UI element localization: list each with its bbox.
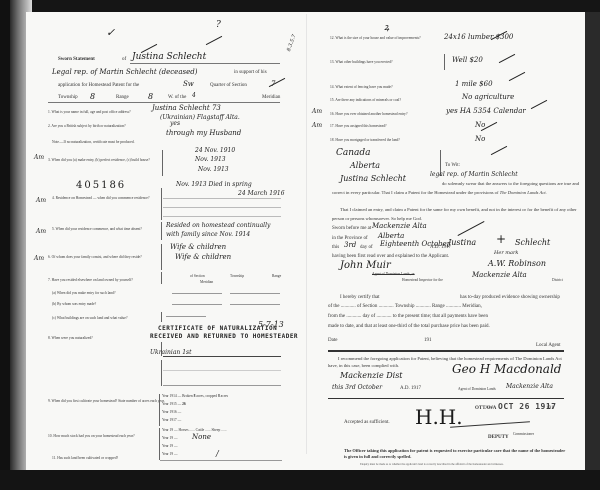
province-value: Alberta <box>350 161 380 170</box>
this-label: this <box>332 245 339 250</box>
certify-line-4: made to date, and that at least one-thir… <box>328 324 490 329</box>
meridian-label: Meridian <box>262 95 280 100</box>
ottawa-year-suffix: 191 <box>546 406 554 411</box>
jurat-benefit-text: That I claimed an entry, and claim a Pat… <box>332 206 587 223</box>
question-4-bracket <box>161 188 162 220</box>
stock-row: Year 19 — <box>162 452 178 457</box>
question-2-answer-detail: through my Husband <box>166 129 241 137</box>
quarter-of-section-label: Quarter of Section <box>210 83 247 88</box>
answer-line <box>163 385 281 386</box>
day-value: 3rd <box>344 241 356 249</box>
inspector-label: Homestead Inspector for the <box>402 278 443 283</box>
her-mark-label: Her mark <box>494 250 518 256</box>
question-4-answer-date: 24 March 1916 <box>238 190 285 197</box>
question-7c-bracket <box>161 312 162 322</box>
margin-mark: Am <box>36 228 46 235</box>
header-rule <box>48 102 280 103</box>
certify-line-2: of the ............ of Section .........… <box>328 304 482 309</box>
question-2-answer: yes <box>170 120 180 127</box>
top-annotation: ꝝ <box>384 20 389 33</box>
margin-mark: Am <box>312 122 322 129</box>
question-5-answer: Resided on homestead continually <box>166 222 270 229</box>
q7-field-township: Township <box>230 274 244 279</box>
certify-date-label: Date <box>328 338 337 343</box>
question-17-label: 17. Have you assigned this homestead? <box>330 124 387 129</box>
question-7-bracket <box>161 272 162 284</box>
accepted-label: Accepted as sufficient. <box>344 420 390 425</box>
day-of-label: day of <box>360 245 373 250</box>
crop-row: Year 1915 — 26 <box>162 402 186 407</box>
answer-line <box>163 370 281 371</box>
question-8-answer: Ukrainian 1st <box>150 349 192 356</box>
question-9-label: 9. When did you first cultivate your hom… <box>48 399 165 404</box>
answer-line <box>166 316 206 317</box>
read-over-text: having been first read over and explaine… <box>332 254 449 259</box>
agent-signature: Geo H Macdonald <box>452 362 561 376</box>
footer-note: The Officer taking this application for … <box>344 448 566 460</box>
district-value: Mackenzie Alta <box>472 271 527 279</box>
question-6-label: 6. Of whom does your family consist, and… <box>48 255 142 260</box>
stock-row: Year 19 — <box>162 436 178 441</box>
certify-line-1: I hereby certify that <box>340 295 380 300</box>
witness-signature: A.W. Robinson <box>488 259 546 268</box>
township-value: 8 <box>90 92 95 101</box>
answer-line <box>163 198 281 199</box>
question-3-answer-b: Nov. 1913 <box>195 156 226 163</box>
question-9-bracket <box>159 394 160 426</box>
stock-value: None <box>192 433 211 441</box>
question-3-label: 3. When did you (a) make entry, (b) perf… <box>48 158 150 163</box>
question-3-answer-a: 24 Nov. 1910 <box>195 147 235 154</box>
question-15-answer: No agriculture <box>462 93 514 101</box>
certify-line-3: from the ............ day of ...........… <box>328 314 488 319</box>
question-16-answer: yes HA 5354 Calendar <box>446 107 526 115</box>
question-4-label: 4. Residence on Homestead — when did you… <box>52 196 149 201</box>
question-10-label: 10. How much stock had you on your homes… <box>48 434 135 439</box>
question-6-answer: Wife & children <box>170 243 226 251</box>
margin-mark: Am <box>34 255 44 262</box>
crop-row: Year 1917 — <box>162 418 181 423</box>
question-mark-annotation: ? <box>216 20 221 30</box>
question-6-answer-detail: Wife & children <box>175 253 231 261</box>
range-value: 8 <box>148 92 153 101</box>
agent-title: Agent of Dominion Lands <box>458 387 496 392</box>
meridian-value: 4 <box>192 92 196 99</box>
question-3-answer-c: Nov. 1913 <box>198 166 229 173</box>
deputy-label: DEPUTY <box>488 435 509 440</box>
name-underline <box>130 63 280 64</box>
question-4-answer: Nov. 1913 Died in spring <box>176 181 252 188</box>
jurat-oath-text: do solemnly swear that the answers to th… <box>332 180 587 197</box>
crop-row: Year 1916 — <box>162 410 181 415</box>
deputy-title: Commissioner <box>513 432 534 437</box>
signature-first-name: Justina <box>448 238 476 247</box>
question-15-label: 15. Are there any indications of mineral… <box>330 98 401 103</box>
q7-field-range: Range <box>272 274 281 279</box>
ottawa-label: OTTAWA <box>475 406 496 411</box>
file-number: 405186 <box>76 180 126 191</box>
margin-mark: Am <box>312 108 322 115</box>
question-13-label: 13. What other buildings have you erecte… <box>330 60 393 65</box>
question-5-bracket <box>161 222 162 240</box>
stock-row: Year 19 — <box>162 444 178 449</box>
question-13-bracket <box>444 54 445 70</box>
legal-rep-line: Legal rep. of Martin Schlecht (deceased) <box>52 68 197 76</box>
answer-line <box>172 293 222 294</box>
crop-row: Year 1914 — Broken 8 acres, cropped 8 ac… <box>162 394 228 399</box>
question-13-answer: Well $20 <box>452 56 483 64</box>
of-label: of <box>122 57 126 62</box>
agent-place: Mackenzie Alta <box>506 383 553 390</box>
recommend-place: Mackenzie Dist <box>340 371 403 380</box>
question-7-label: 7. Have you resided elsewhere on land ow… <box>48 278 133 283</box>
section-rule <box>328 350 564 352</box>
question-7c-label: (c) What buildings are on such land and … <box>52 316 128 321</box>
sworn-before-label: Sworn before me at <box>332 226 371 231</box>
sworn-place: Mackenzie Alta <box>372 222 427 230</box>
question-10-bracket <box>159 428 160 460</box>
question-11-label: 11. Has such land been cultivated or cro… <box>52 456 118 461</box>
claimant-name: Justina Schlecht <box>132 52 206 62</box>
answer-line <box>230 304 280 305</box>
q7-field-section: of Section <box>190 274 205 279</box>
signature-last-name: Schlecht <box>515 238 550 247</box>
recommend-date: this 3rd October <box>332 384 382 391</box>
q7-field-meridian: Meridian <box>200 280 213 285</box>
received-returned-stamp: RECEIVED AND RETURNED TO HOMESTEADER <box>150 333 298 340</box>
question-3-bracket <box>162 150 163 176</box>
certify-year: 191 <box>424 338 432 343</box>
answer-line <box>230 293 280 294</box>
certify-line-1b: has to-day produced evidence showing own… <box>460 295 560 300</box>
question-14-label: 14. What extent of fencing have you made… <box>330 85 393 90</box>
question-16-label: 16. Have you ever obtained another homes… <box>330 112 407 117</box>
scan-right-border <box>585 12 600 470</box>
question-2-label: 2. Are you a British subject by birth or… <box>48 124 126 129</box>
quarter-value: Sw <box>183 80 194 88</box>
question-6-bracket <box>161 244 162 270</box>
province-sworn: Alberta <box>378 232 404 240</box>
question-14-answer: 1 mile $60 <box>455 80 493 88</box>
answer-line <box>163 356 281 357</box>
question-12-answer: 24x16 lumber $300 <box>444 33 513 41</box>
to-wit-label: To Wit: <box>445 163 460 168</box>
local-agent-label: Local Agent <box>536 343 561 348</box>
application-line: application for Homestead Patent for the <box>58 83 139 88</box>
country-value: Canada <box>336 148 371 158</box>
tick-mark: ✓ <box>106 26 115 39</box>
west-of-label: W. of the <box>168 95 186 100</box>
question-7b-label: (b) By whom was entry made? <box>52 302 96 307</box>
signature-mark: + <box>496 232 506 246</box>
question-3-note: Note.—If no naturalization, certificate … <box>52 140 135 145</box>
naturalization-date: 5-7-13 <box>258 320 284 329</box>
question-1-label: 1. What is your name in full, age and po… <box>48 110 131 115</box>
agent-label: Agent of Dominion Lands, or <box>372 272 415 277</box>
district-label: District <box>552 278 563 283</box>
question-7a-label: (a) When did you make entry for such lan… <box>52 291 115 296</box>
column-divider <box>306 14 307 454</box>
range-label: Range <box>116 95 129 100</box>
footer-small-note: Enquiry must be made as to whether the a… <box>360 462 504 467</box>
answer-line <box>160 460 282 461</box>
question-18-answer: No <box>475 135 485 143</box>
section-rule <box>328 398 564 399</box>
sworn-statement-label: Sworn Statement <box>58 57 95 62</box>
question-12-label: 12. What is the size of your house and v… <box>330 36 421 41</box>
commissioner-signature: John Muir <box>340 260 391 271</box>
township-label: Township <box>58 95 78 100</box>
scan-bottom-border <box>0 470 600 490</box>
question-1-answer: Justina Schlecht 73 <box>152 104 221 112</box>
question-18-label: 18. Have you mortgaged or transferred th… <box>330 138 400 143</box>
margin-mark: Am <box>36 197 46 204</box>
question-5-label: 5. When did your residence commence, and… <box>52 227 142 232</box>
margin-mark: Am <box>34 154 44 161</box>
in-support-label: in support of his <box>234 70 267 75</box>
question-8-label: 8. When were you naturalized? <box>48 336 93 341</box>
answer-line <box>163 207 281 208</box>
recommend-year: A.D. 1917 <box>400 386 421 391</box>
declarant-role: legal rep. of Martin Schlecht <box>430 171 518 178</box>
question-5-answer-detail: with family since Nov. 1914 <box>166 231 250 238</box>
answer-line <box>163 216 281 217</box>
question-11-answer: / <box>216 449 219 458</box>
answer-line <box>172 304 222 305</box>
question-8b-bracket <box>161 360 162 386</box>
